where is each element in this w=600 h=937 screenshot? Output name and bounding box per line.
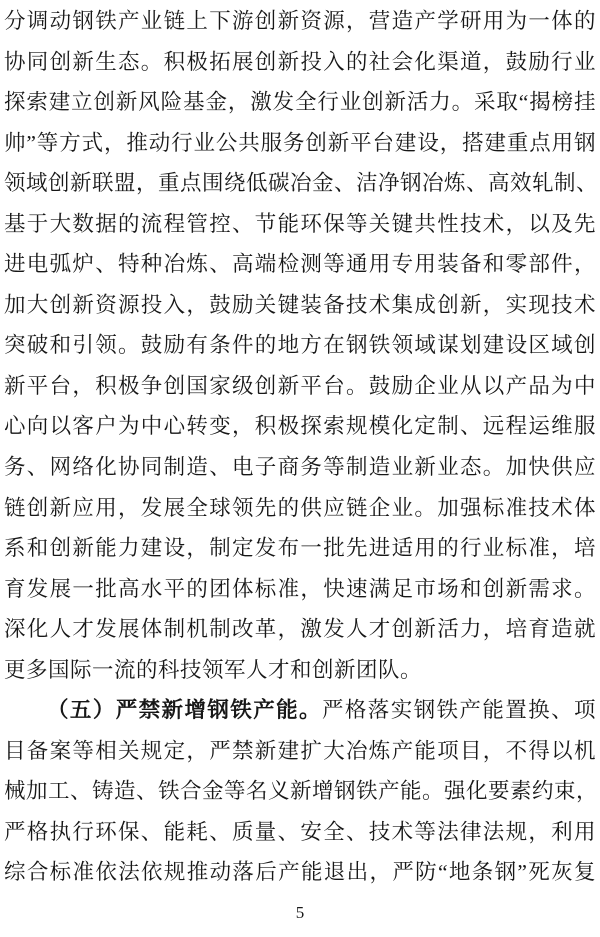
text-line: 综合标准依法依规推动落后产能退出，严防“地条钢”死灰复 xyxy=(4,852,596,893)
line-text: 加大创新资源投入，鼓励关键装备技术集成创新，实现技术 xyxy=(4,293,596,317)
text-line: 严格执行环保、能耗、质量、安全、技术等法律法规，利用 xyxy=(4,812,596,853)
text-line: 务、网络化协同制造、电子商务等制造业新业态。加快供应 xyxy=(4,447,596,488)
line-text: 深化人才发展体制机制改革，激发人才创新活力，培育造就 xyxy=(4,617,596,641)
text-line: 械加工、铸造、铁合金等名义新增钢铁产能。强化要素约束， xyxy=(4,771,596,812)
line-text: 分调动钢铁产业链上下游创新资源，营造产学研用为一体的 xyxy=(4,9,596,33)
line-text: 目备案等相关规定，严禁新建扩大冶炼产能项目，不得以机 xyxy=(4,739,596,763)
section-number-heading: （五）严禁新增钢铁产能。 xyxy=(47,698,322,722)
text-line: 领域创新联盟，重点围绕低碳冶金、洁净钢冶炼、高效轧制、 xyxy=(4,163,596,204)
line-text: 严格执行环保、能耗、质量、安全、技术等法律法规，利用 xyxy=(4,820,596,844)
text-line: （五）严禁新增钢铁产能。严格落实钢铁产能置换、项 xyxy=(4,690,596,731)
line-text: 基于大数据的流程管控、节能环保等关键共性技术，以及先 xyxy=(4,212,596,236)
line-text: 进电弧炉、特种冶炼、高端检测等通用专用装备和零部件， xyxy=(4,252,596,276)
line-text: 综合标准依法依规推动落后产能退出，严防“地条钢”死灰复 xyxy=(4,860,596,884)
line-text: 务、网络化协同制造、电子商务等制造业新业态。加快供应 xyxy=(4,455,596,479)
page-number: 5 xyxy=(4,902,596,924)
line-text: 械加工、铸造、铁合金等名义新增钢铁产能。强化要素约束， xyxy=(4,779,598,803)
text-line: 协同创新生态。积极拓展创新投入的社会化渠道，鼓励行业 xyxy=(4,42,596,83)
text-line: 探索建立创新风险基金，激发全行业创新活力。采取“揭榜挂 xyxy=(4,82,596,123)
text-line: 链创新应用，发展全球领先的供应链企业。加强标准技术体 xyxy=(4,488,596,529)
text-line: 分调动钢铁产业链上下游创新资源，营造产学研用为一体的 xyxy=(4,1,596,42)
text-line: 目备案等相关规定，严禁新建扩大冶炼产能项目，不得以机 xyxy=(4,731,596,772)
line-text: 领域创新联盟，重点围绕低碳冶金、洁净钢冶炼、高效轧制、 xyxy=(4,171,598,195)
line-text: 育发展一批高水平的团体标准，快速满足市场和创新需求。 xyxy=(4,577,596,601)
text-line: 帅”等方式，推动行业公共服务创新平台建设，搭建重点用钢 xyxy=(4,123,596,164)
text-line: 进电弧炉、特种冶炼、高端检测等通用专用装备和零部件， xyxy=(4,244,596,285)
text-line: 心向以客户为中心转变，积极探索规模化定制、远程运维服 xyxy=(4,406,596,447)
text-line: 深化人才发展体制机制改革，激发人才创新活力，培育造就 xyxy=(4,609,596,650)
text-line: 系和创新能力建设，制定发布一批先进适用的行业标准，培 xyxy=(4,528,596,569)
line-text: 探索建立创新风险基金，激发全行业创新活力。采取“揭榜挂 xyxy=(4,90,596,114)
text-line: 更多国际一流的科技领军人才和创新团队。 xyxy=(4,650,596,691)
document-text-body: 分调动钢铁产业链上下游创新资源，营造产学研用为一体的 协同创新生态。积极拓展创新… xyxy=(4,1,596,893)
line-text: 帅”等方式，推动行业公共服务创新平台建设，搭建重点用钢 xyxy=(4,131,596,155)
text-line: 突破和引领。鼓励有条件的地方在钢铁领域谋划建设区域创 xyxy=(4,325,596,366)
line-text: 链创新应用，发展全球领先的供应链企业。加强标准技术体 xyxy=(4,496,596,520)
line-text: 系和创新能力建设，制定发布一批先进适用的行业标准，培 xyxy=(4,536,596,560)
line-text: 严格落实钢铁产能置换、项 xyxy=(322,698,596,722)
line-text: 突破和引领。鼓励有条件的地方在钢铁领域谋划建设区域创 xyxy=(4,333,596,357)
text-line: 育发展一批高水平的团体标准，快速满足市场和创新需求。 xyxy=(4,569,596,610)
line-text: 新平台，积极争创国家级创新平台。鼓励企业从以产品为中 xyxy=(4,374,596,398)
text-line: 基于大数据的流程管控、节能环保等关键共性技术，以及先 xyxy=(4,204,596,245)
text-line: 加大创新资源投入，鼓励关键装备技术集成创新，实现技术 xyxy=(4,285,596,326)
text-line: 新平台，积极争创国家级创新平台。鼓励企业从以产品为中 xyxy=(4,366,596,407)
line-text: 协同创新生态。积极拓展创新投入的社会化渠道，鼓励行业 xyxy=(4,50,596,74)
line-text: 心向以客户为中心转变，积极探索规模化定制、远程运维服 xyxy=(4,414,596,438)
document-page: 分调动钢铁产业链上下游创新资源，营造产学研用为一体的 协同创新生态。积极拓展创新… xyxy=(0,0,600,937)
line-text: 更多国际一流的科技领军人才和创新团队。 xyxy=(4,658,422,682)
